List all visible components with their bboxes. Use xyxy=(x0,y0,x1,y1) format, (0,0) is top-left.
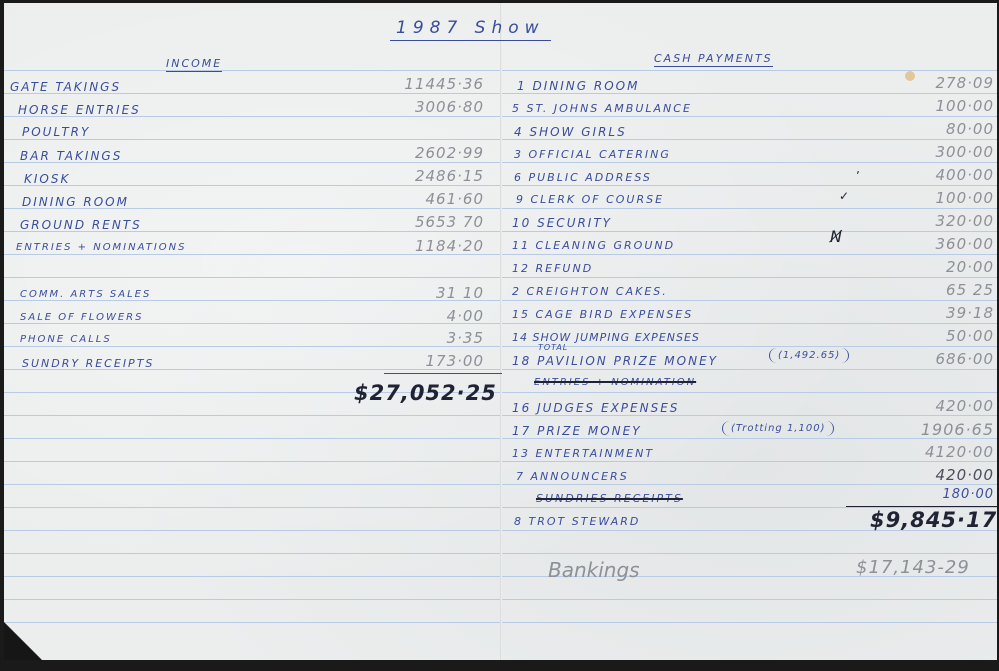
payment-item: 13 Entertainment xyxy=(512,447,654,460)
income-amount: 461·60 xyxy=(374,190,484,208)
payment-item: 6 Public Address xyxy=(514,171,652,184)
payment-number: 16 xyxy=(512,401,531,415)
income-amount: 3006·80 xyxy=(374,98,484,116)
income-label: Horse entries xyxy=(18,103,141,117)
income-amount: 2486·15 xyxy=(374,167,484,185)
payment-item: 17 Prize Money xyxy=(512,424,642,438)
payment-item: 1 Dining Room xyxy=(517,79,639,93)
payment-label: Show Girls xyxy=(529,125,626,139)
payment-amount: 100·00 xyxy=(884,189,994,207)
payment-amount: 320·00 xyxy=(884,212,994,230)
income-total-underline xyxy=(384,373,502,374)
income-total: $27,052·25 xyxy=(354,381,497,405)
payment-amount: 400·00 xyxy=(884,166,994,184)
payment-number: 15 xyxy=(512,308,530,321)
payment-amount: 686·00 xyxy=(884,350,994,368)
payment-amount: 50·00 xyxy=(884,327,994,345)
income-amount: 5653 70 xyxy=(374,213,484,231)
income-label: Entries + Nominations xyxy=(16,242,187,253)
payment-superscript-note: Total xyxy=(538,343,568,352)
payment-item: 4 Show Girls xyxy=(514,125,627,139)
pen-tick-mark: ✓ xyxy=(839,189,849,203)
payment-number: 12 xyxy=(512,262,530,275)
payment-item: 15 Cage Bird Expenses xyxy=(512,308,693,321)
payment-label: Trot Steward xyxy=(529,515,641,528)
payment-label: Prize Money xyxy=(537,424,641,438)
payment-item: 3 Official Catering xyxy=(514,148,671,161)
payment-label: Public Address xyxy=(529,171,652,184)
payment-item: 11 Cleaning Ground xyxy=(512,239,675,252)
document-title: 1987 Show xyxy=(390,18,551,41)
payment-number: 4 xyxy=(514,125,524,139)
payment-amount: 278·09 xyxy=(884,74,994,92)
income-label: Phone Calls xyxy=(20,334,112,345)
income-label: Bar takings xyxy=(20,149,122,163)
payment-item-struck: Entries + Nomination xyxy=(534,377,696,388)
payment-item: 18 Pavilion Prize Money xyxy=(512,354,718,368)
payment-amount: 20·00 xyxy=(884,258,994,276)
payment-label: St. Johns Ambulance xyxy=(527,102,692,115)
income-label: Sundry Receipts xyxy=(22,357,154,370)
income-label: Poultry xyxy=(22,125,90,139)
bankings-label: Bankings xyxy=(548,558,640,582)
payment-item: 7 Announcers xyxy=(516,470,629,483)
page-fold xyxy=(500,3,502,660)
initials-mark: N̸ xyxy=(830,227,842,246)
payment-label: Creighton Cakes. xyxy=(527,285,668,298)
payment-amount: 300·00 xyxy=(884,143,994,161)
payment-label: Pavilion Prize Money xyxy=(537,354,718,368)
payment-amount: 4120·00 xyxy=(884,443,994,461)
payment-amount: 1906·65 xyxy=(884,420,994,439)
payment-side-note: (Trotting 1,100) xyxy=(722,421,834,436)
payment-label: Announcers xyxy=(531,470,629,483)
payment-label: Security xyxy=(537,216,612,230)
income-label: Gate takings xyxy=(10,80,121,94)
income-amount: 3·35 xyxy=(374,329,484,347)
payment-number: 11 xyxy=(512,239,530,252)
income-label: Dining Room xyxy=(22,195,129,209)
payment-label: Refund xyxy=(536,262,594,275)
payment-label: Entertainment xyxy=(536,447,655,460)
payment-number: 10 xyxy=(512,216,531,230)
income-amount: 4·00 xyxy=(374,307,484,325)
payment-amount: 360·00 xyxy=(884,235,994,253)
folded-corner xyxy=(4,622,42,660)
income-amount: 11445·36 xyxy=(374,75,484,93)
payment-number: 13 xyxy=(512,447,530,460)
payment-number: 2 xyxy=(512,285,521,298)
payment-item: 8 Trot Steward xyxy=(514,515,640,528)
payments-heading: Cash Payments xyxy=(654,52,773,67)
payment-number: 14 xyxy=(512,331,528,344)
payment-side-note: (1,492.65) xyxy=(769,348,849,363)
payment-label: Dining Room xyxy=(532,79,639,93)
payment-label: Clerk of Course xyxy=(531,193,665,206)
income-label: Kiosk xyxy=(24,172,70,186)
payments-total: $9,845·17 xyxy=(870,508,997,532)
income-amount: 2602·99 xyxy=(374,144,484,162)
payment-item-struck: Sundries Receipts xyxy=(536,492,683,505)
payment-label: Official Catering xyxy=(529,148,671,161)
payment-amount: 65 25 xyxy=(884,281,994,299)
payment-label: Cage Bird Expenses xyxy=(536,308,694,321)
payment-number: 18 xyxy=(512,354,531,368)
payment-number: 1 xyxy=(517,79,527,93)
income-label: Comm. Arts Sales xyxy=(20,289,151,300)
payment-number: 9 xyxy=(516,193,525,206)
payment-amount: 420·00 xyxy=(884,466,994,484)
income-label: Ground Rents xyxy=(20,218,142,232)
payment-number: 17 xyxy=(512,424,531,438)
payment-number: 7 xyxy=(516,470,525,483)
payment-amount: 100·00 xyxy=(884,97,994,115)
income-amount: 31 10 xyxy=(374,284,484,302)
payment-amount: 180·00 xyxy=(884,487,994,502)
payment-label: Judges Expenses xyxy=(537,401,679,415)
payment-amount: 80·00 xyxy=(884,120,994,138)
payment-label: Cleaning Ground xyxy=(536,239,676,252)
income-label: Sale of Flowers xyxy=(20,312,143,323)
payment-number: 3 xyxy=(514,148,523,161)
pen-tick-mark: ʼ xyxy=(856,169,860,183)
payment-item: 2 Creighton Cakes. xyxy=(512,285,668,298)
income-amount: 173·00 xyxy=(374,352,484,370)
payment-number: 6 xyxy=(514,171,523,184)
payment-amount: 39·18 xyxy=(884,304,994,322)
payment-item: 5 St. Johns Ambulance xyxy=(512,102,692,115)
payment-number: 5 xyxy=(512,102,521,115)
bankings-amount: $17,143-29 xyxy=(856,557,970,578)
payments-total-underline xyxy=(846,506,997,507)
income-heading: Income xyxy=(166,57,222,72)
ledger-sheet: 1987 Show Income Gate takings 11445·36 H… xyxy=(4,3,997,660)
payment-item: 16 Judges Expenses xyxy=(512,401,679,415)
payment-amount: 420·00 xyxy=(884,397,994,415)
payment-item: 12 Refund xyxy=(512,262,593,275)
income-amount: 1184·20 xyxy=(374,237,484,255)
payment-number: 8 xyxy=(514,515,523,528)
payment-item: 10 Security xyxy=(512,216,612,230)
payment-item: 9 Clerk of Course xyxy=(516,193,664,206)
